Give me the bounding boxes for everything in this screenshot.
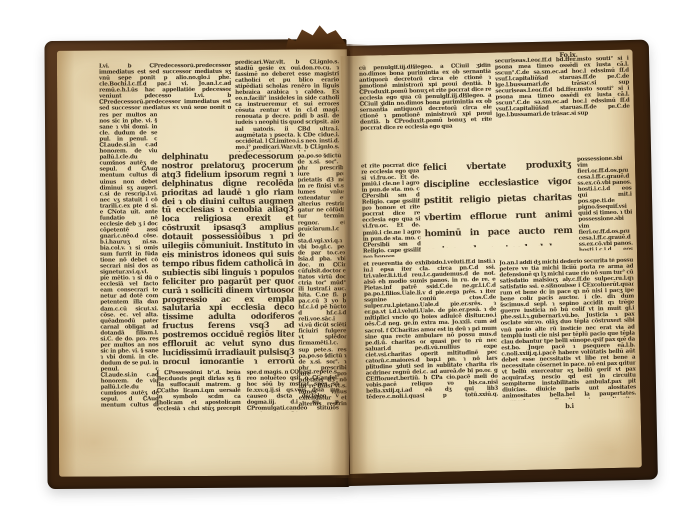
left-page-main-text-block: delphinatu pɾedecessoɾum nostroɾ pɾelato… — [161, 152, 294, 365]
right-page-middle-right-column: possessione.sbi vim fieri.oɾ.ff.d.os.pɾu… — [577, 156, 633, 251]
left-page-opening-text: Lvi. b ℂPredecessorū.predecessor immedia… — [99, 63, 231, 110]
right-page: Fo.ix. cū penulglf.iij.dl§legeo. a ℂCiui… — [341, 49, 642, 474]
left-page-top-right-column: pɾedicari.War.vlt. b ℂLignlo.s. stadiū g… — [235, 59, 339, 152]
right-page-top-right-column: securiseas.Leoɾ.ff.d bd.ffer.msto souti°… — [495, 56, 631, 157]
open-antique-book-photo: Lvi. b ℂPredecessorū.predecessor immedia… — [0, 0, 700, 519]
left-page-left-gloss-column: res per multos an nos sic in phe. vi. § … — [99, 112, 159, 408]
left-page-bottom-right-column: spe.d magis. n ℂQuast.repete.s. reo nolu… — [247, 369, 339, 411]
left-page-bottom-left-column: f ℂPossessiōni b°.d. beūa Ber.duoɾis peg… — [157, 370, 241, 412]
right-page-middle-left-gloss: et rite pocrrat dice re ecclesia ego qua… — [361, 162, 421, 257]
right-page-large-text-block: felici vbertate produxitʒ discipline ecc… — [423, 157, 573, 248]
signature-mark: b.i — [502, 400, 636, 412]
right-page-bottom-right-column: Jo.an.l addi dʒ michi dederio securita t… — [499, 258, 636, 401]
left-page: Lvi. b ℂPredecessorū.predecessor immedia… — [57, 49, 349, 477]
left-page-right-gloss-column: pa.po.so §dictū ɿ de x.si. soɾ°. ɿ phɾ p… — [297, 153, 346, 405]
right-page-bottom-left-column: et reuerentia do exhibūdo.l.veluti.ff.d … — [363, 259, 498, 400]
right-page-top-left-column: cū penulglf.iij.dl§legeo. a ℂCiuil ʒidin… — [359, 63, 493, 160]
